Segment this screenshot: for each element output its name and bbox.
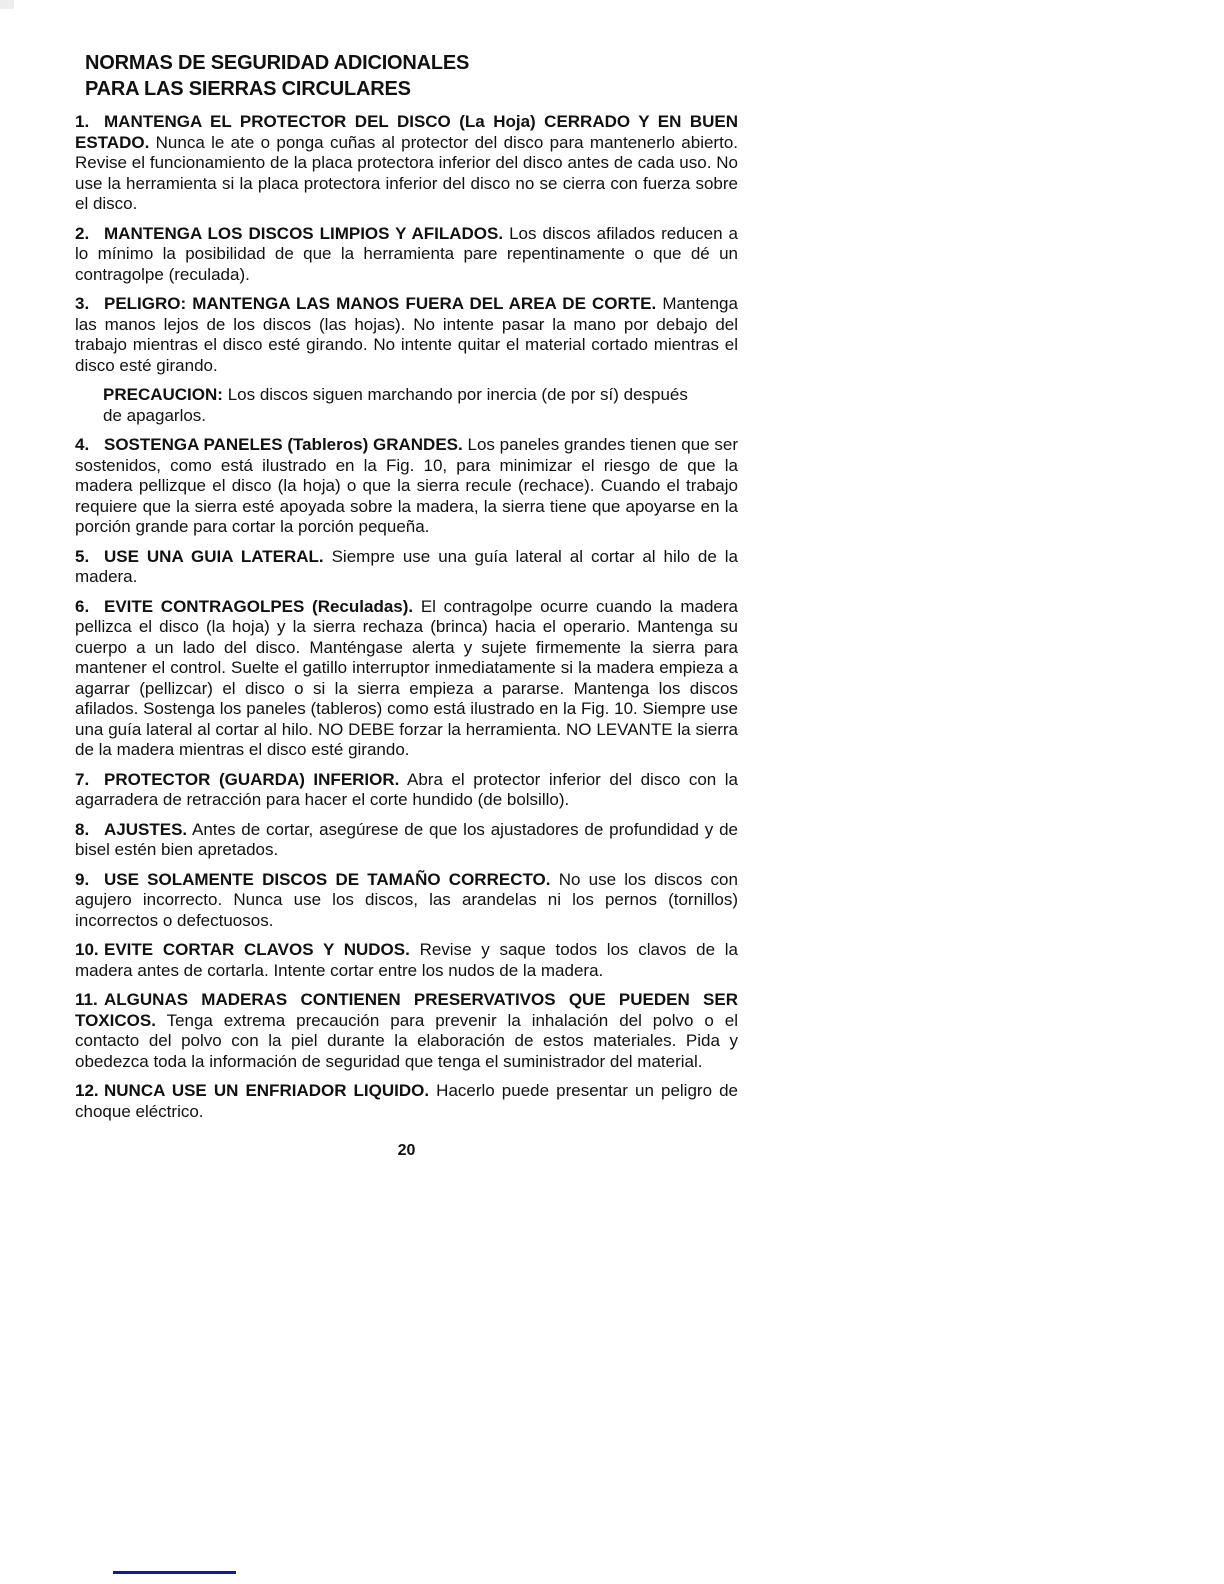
item-heading: AJUSTES. xyxy=(104,820,187,839)
item-heading: NUNCA USE UN ENFRIADOR LIQUIDO. xyxy=(104,1081,429,1100)
item-heading: SOSTENGA PANELES (Tableros) GRANDES. xyxy=(104,435,463,454)
item-heading: USE SOLAMENTE DISCOS DE TAMAÑO CORRECTO. xyxy=(104,870,551,889)
item-heading: EVITE CORTAR CLAVOS Y NUDOS. xyxy=(104,940,410,959)
manual-page: NORMAS DE SEGURIDAD ADICIONALES PARA LAS… xyxy=(0,0,1224,1584)
page-content: NORMAS DE SEGURIDAD ADICIONALES PARA LAS… xyxy=(75,50,738,1160)
safety-item-5: 5.USE UNA GUIA LATERAL. Siempre use una … xyxy=(75,547,738,588)
safety-item-9: 9.USE SOLAMENTE DISCOS DE TAMAÑO CORRECT… xyxy=(75,870,738,932)
item-body: Tenga extrema precaución para prevenir l… xyxy=(75,1011,738,1071)
safety-item-3: 3.PELIGRO: MANTENGA LAS MANOS FUERA DEL … xyxy=(75,294,738,376)
item-number: 11. xyxy=(75,990,104,1011)
page-number: 20 xyxy=(75,1142,738,1160)
item-number: 9. xyxy=(75,870,104,891)
precaucion-note: PRECAUCION: Los discos siguen marchando … xyxy=(103,385,703,426)
item-number: 1. xyxy=(75,112,104,133)
safety-item-8: 8.AJUSTES. Antes de cortar, asegúrese de… xyxy=(75,820,738,861)
safety-item-7: 7.PROTECTOR (GUARDA) INFERIOR. Abra el p… xyxy=(75,770,738,811)
item-body: El contragolpe ocurre cuando la madera p… xyxy=(75,597,738,760)
item-number: 8. xyxy=(75,820,104,841)
safety-item-6: 6.EVITE CONTRAGOLPES (Reculadas). El con… xyxy=(75,597,738,761)
page-title-line1: NORMAS DE SEGURIDAD ADICIONALES xyxy=(85,50,738,76)
safety-item-12: 12.NUNCA USE UN ENFRIADOR LIQUIDO. Hacer… xyxy=(75,1081,738,1122)
page-title: NORMAS DE SEGURIDAD ADICIONALES PARA LAS… xyxy=(85,50,738,102)
item-number: 10. xyxy=(75,940,104,961)
item-number: 3. xyxy=(75,294,104,315)
safety-item-10: 10.EVITE CORTAR CLAVOS Y NUDOS. Revise y… xyxy=(75,940,738,981)
note-label: PRECAUCION: xyxy=(103,385,223,404)
item-number: 2. xyxy=(75,224,104,245)
item-number: 6. xyxy=(75,597,104,618)
page-title-line2: PARA LAS SIERRAS CIRCULARES xyxy=(85,76,738,102)
item-body: Nunca le ate o ponga cuñas al protector … xyxy=(75,133,738,214)
safety-item-1: 1.MANTENGA EL PROTECTOR DEL DISCO (La Ho… xyxy=(75,112,738,215)
item-number: 7. xyxy=(75,770,104,791)
item-number: 4. xyxy=(75,435,104,456)
safety-item-2: 2.MANTENGA LOS DISCOS LIMPIOS Y AFILADOS… xyxy=(75,224,738,286)
item-number: 12. xyxy=(75,1081,104,1102)
bottom-rule xyxy=(113,1571,236,1574)
item-heading: EVITE CONTRAGOLPES (Reculadas). xyxy=(104,597,413,616)
item-heading: PROTECTOR (GUARDA) INFERIOR. xyxy=(104,770,399,789)
safety-item-11: 11.ALGUNAS MADERAS CONTIENEN PRESERVATIV… xyxy=(75,990,738,1072)
scan-smudge xyxy=(0,0,14,9)
item-heading: USE UNA GUIA LATERAL. xyxy=(104,547,324,566)
item-heading: PELIGRO: MANTENGA LAS MANOS FUERA DEL AR… xyxy=(104,294,656,313)
safety-item-4: 4.SOSTENGA PANELES (Tableros) GRANDES. L… xyxy=(75,435,738,538)
item-number: 5. xyxy=(75,547,104,568)
item-heading: MANTENGA LOS DISCOS LIMPIOS Y AFILADOS. xyxy=(104,224,503,243)
